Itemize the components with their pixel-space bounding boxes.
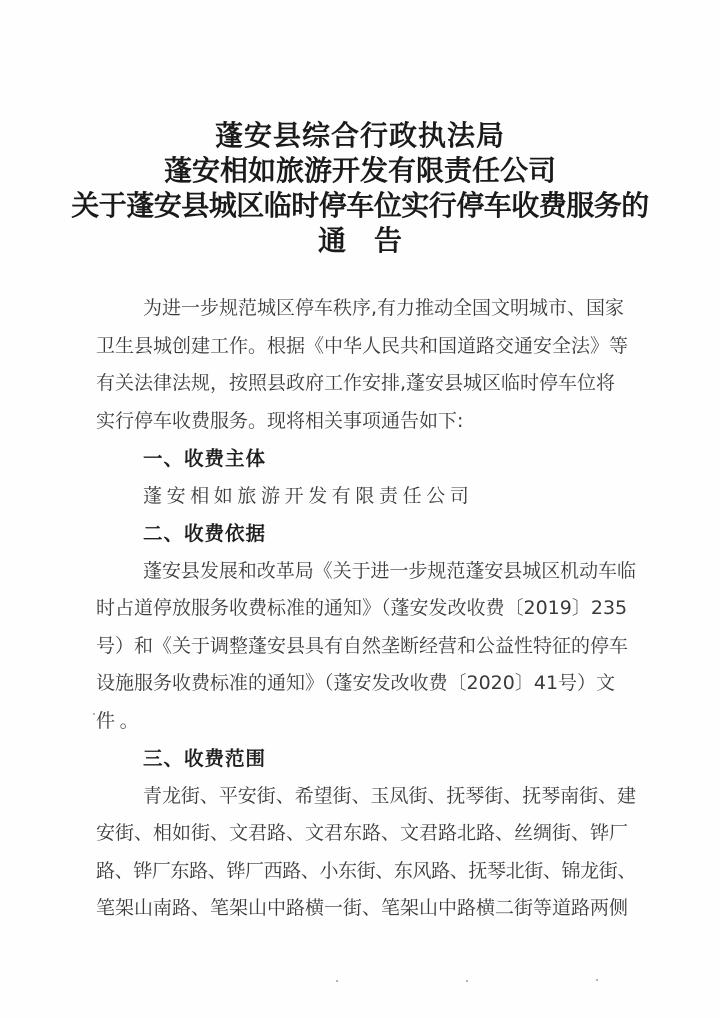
section-heading: 一、收费主体 xyxy=(96,440,636,478)
section-charging-entity: 一、收费主体 蓬安相如旅游开发有限责任公司 xyxy=(96,440,636,515)
section-heading: 三、收费范围 xyxy=(96,740,636,778)
scan-speck xyxy=(93,713,95,715)
intro-line: 有关法律法规，按照县政府工作安排,蓬安县城区临时停车位将 xyxy=(96,365,636,403)
notice-title: 蓬安县综合行政执法局 蓬安相如旅游开发有限责任公司 关于蓬安县城区临时停车位实行… xyxy=(0,118,720,258)
intro-paragraph: 为进一步规范城区停车秩序,有力推动全国文明城市、国家 卫生县城创建工作。根据《中… xyxy=(96,290,636,440)
scan-speck xyxy=(336,980,338,982)
title-subject: 关于蓬安县城区临时停车位实行停车收费服务的 xyxy=(0,188,720,223)
section-line: 时占道停放服务收费标准的通知》（蓬安发改收费〔2019〕235 xyxy=(96,590,636,628)
scan-speck xyxy=(466,980,468,982)
scan-speck xyxy=(596,979,598,981)
section-line: 路、铧厂东路、铧厂西路、小东街、东风路、抚琴北街、锦龙街、 xyxy=(96,853,636,891)
section-line: 件。 xyxy=(96,703,636,741)
intro-line: 卫生县城创建工作。根据《中华人民共和国道路交通安全法》等 xyxy=(96,328,636,366)
intro-line: 实行停车收费服务。现将相关事项通告如下: xyxy=(96,403,636,441)
document-page: 蓬安县综合行政执法局 蓬安相如旅游开发有限责任公司 关于蓬安县城区临时停车位实行… xyxy=(0,0,720,1018)
title-notice: 通告 xyxy=(0,223,720,258)
section-charging-scope: 三、收费范围 青龙街、平安街、希望街、玉凤街、抚琴街、抚琴南街、建 安街、相如街… xyxy=(96,740,636,928)
notice-body: 为进一步规范城区停车秩序,有力推动全国文明城市、国家 卫生县城创建工作。根据《中… xyxy=(96,290,636,928)
section-line: 蓬安相如旅游开发有限责任公司 xyxy=(96,478,636,516)
section-line: 安街、相如街、文君路、文君东路、文君路北路、丝绸街、铧厂 xyxy=(96,815,636,853)
section-charging-basis: 二、收费依据 蓬安县发展和改革局《关于进一步规范蓬安县城区机动车临 时占道停放服… xyxy=(96,515,636,740)
section-heading: 二、收费依据 xyxy=(96,515,636,553)
title-issuer-bureau: 蓬安县综合行政执法局 xyxy=(0,118,720,153)
intro-line: 为进一步规范城区停车秩序,有力推动全国文明城市、国家 xyxy=(96,290,636,328)
section-line: 青龙街、平安街、希望街、玉凤街、抚琴街、抚琴南街、建 xyxy=(96,778,636,816)
title-issuer-company: 蓬安相如旅游开发有限责任公司 xyxy=(0,153,720,188)
section-line: 笔架山南路、笔架山中路横一街、笔架山中路横二街等道路两侧 xyxy=(96,890,636,928)
section-line: 号）和《关于调整蓬安县具有自然垄断经营和公益性特征的停车 xyxy=(96,628,636,666)
section-line: 蓬安县发展和改革局《关于进一步规范蓬安县城区机动车临 xyxy=(96,553,636,591)
section-line: 设施服务收费标准的通知》（蓬安发改收费〔2020〕41号）文 xyxy=(96,665,636,703)
